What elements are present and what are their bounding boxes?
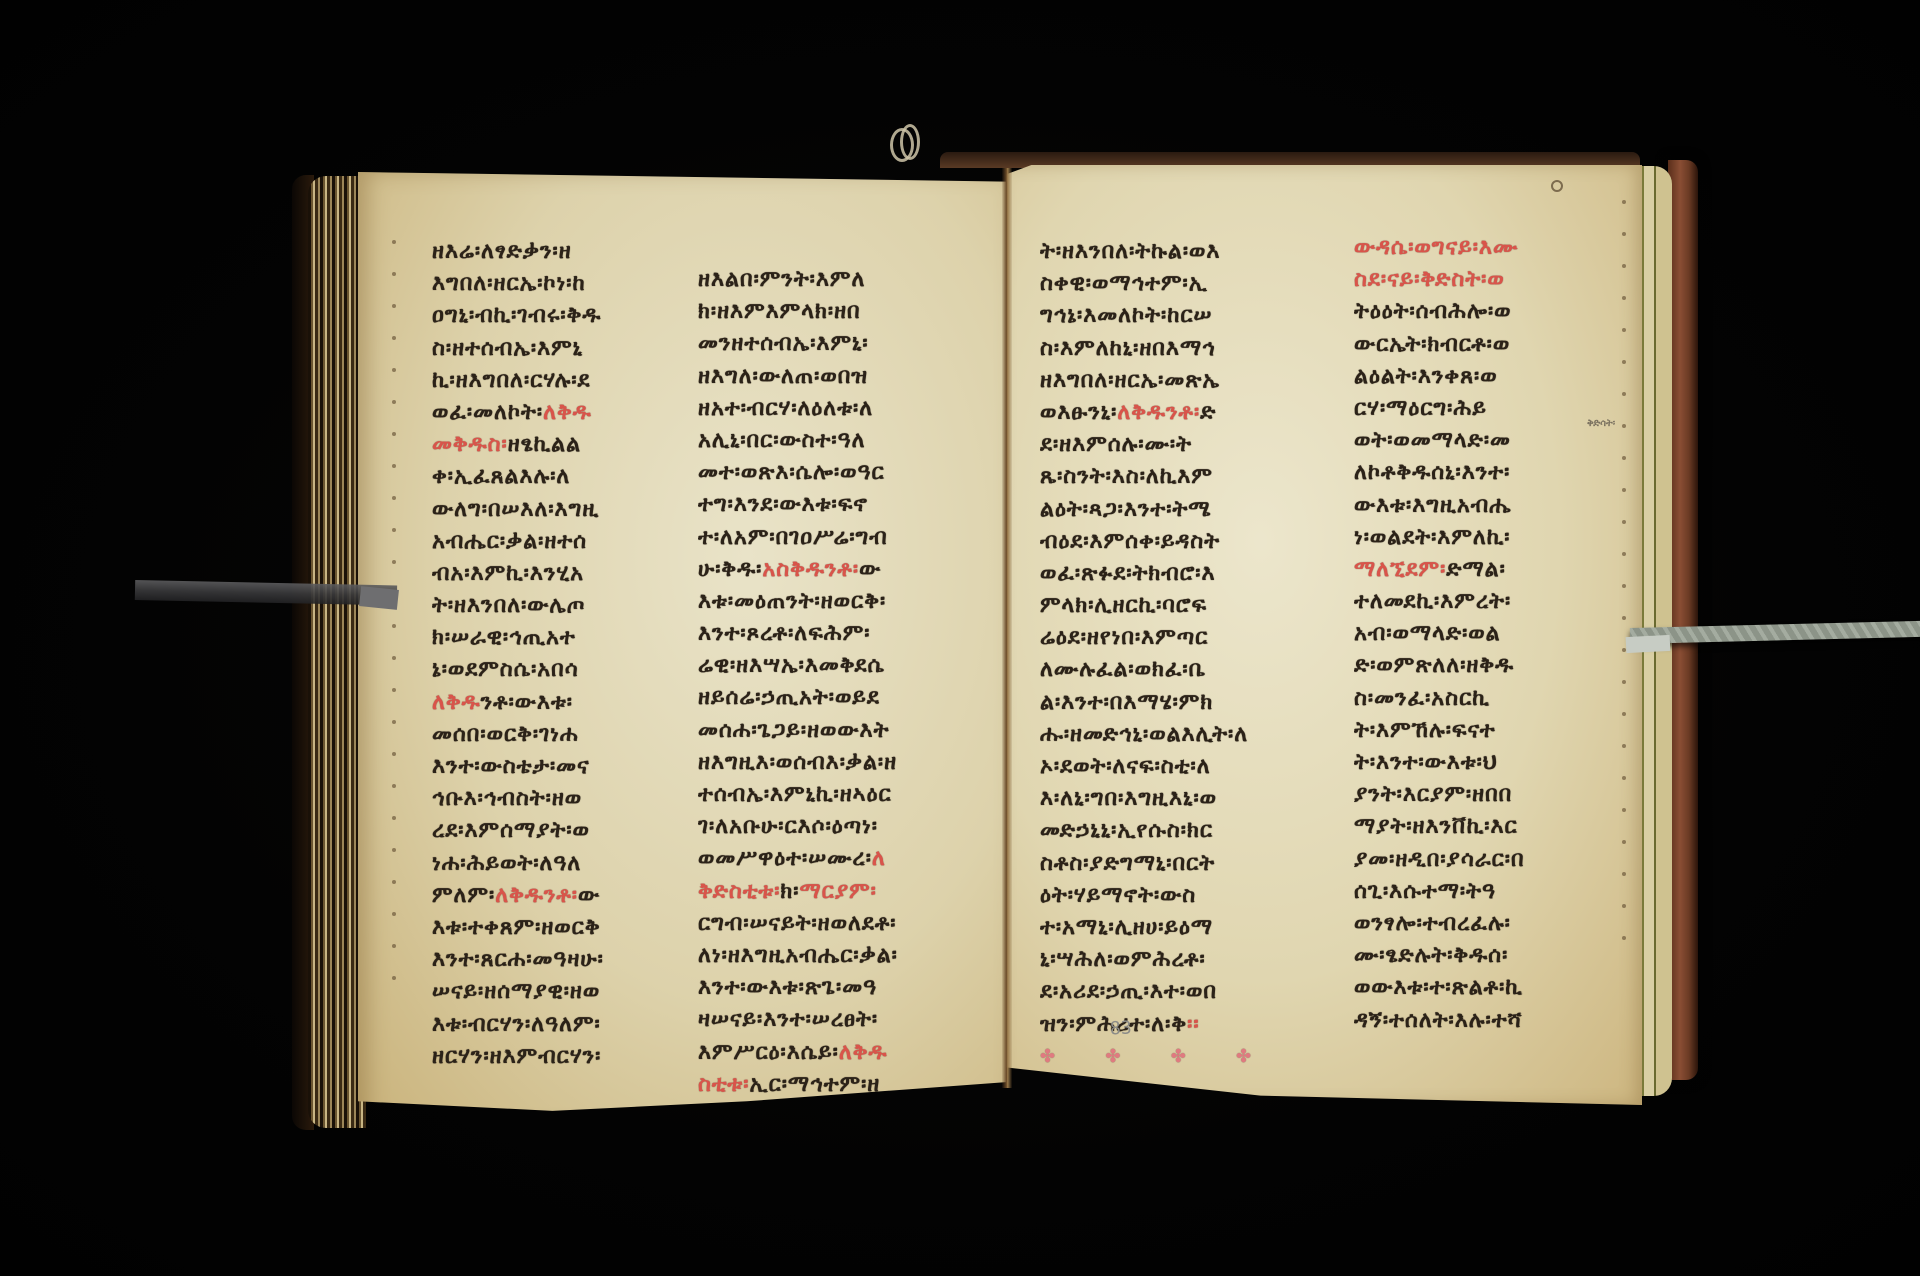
ink-text: ቀ፡ኢፈጸልእሉ፡ለ — [432, 464, 570, 489]
ink-text: ውእቱ፡እግዚአብሔ — [1354, 493, 1512, 518]
pricking-hole — [392, 848, 396, 852]
manuscript-line: ያመ፡ዘዲበ፡ያሳራር፡በ — [1354, 844, 1604, 876]
ink-text: ኅቡእ፡ኅብስት፡ዘወ — [432, 786, 582, 811]
pricking-hole — [392, 816, 396, 820]
ink-text: መሰበ፡ወርቅ፡ገነሐ — [432, 722, 579, 747]
corner-hole — [1551, 180, 1563, 192]
ink-text: ልዕት፡ጻጋ፡እንተ፡ትሜ — [1040, 497, 1212, 522]
manuscript-line: ስቀዊ፡ወማኅተም፡ኢ — [1040, 268, 1290, 300]
pricking-hole — [1622, 200, 1626, 204]
ink-text: እ፡ለኒ፡ግበ፡እግዚእኒ፡ወ — [1040, 786, 1217, 811]
manuscript-line: ተሰብኤ፡እምኒኪ፡ዘኣዕር — [698, 779, 948, 811]
rubric-text: ቅድስቲቱ፡ — [698, 879, 780, 904]
ink-text: ሁ፡ቅዱ፡ — [698, 557, 762, 582]
ink-text: መተ፡ወጽእ፡ሴሎ፡ወዓር — [698, 460, 885, 485]
rubric-text: ውዳሴ፡ወግናይ፡እሙ — [1354, 235, 1518, 260]
manuscript-line: ለቅዱንቶ፡ውእቱ፡ — [432, 687, 682, 719]
manuscript-line: ለነ፡ዘእግዚአብሔር፡ቃል፡ — [698, 940, 948, 972]
manuscript-line: ቅድስቲቱ፡ክ፡ማርያም፡ — [698, 876, 948, 908]
ink-text: ተለመደኪ፡እምረት፡ — [1354, 589, 1511, 614]
ink-text: ት፡ዘእንበለ፡ውሌጦ — [432, 593, 585, 618]
manuscript-line: አብ፡ወማላድ፡ወል — [1354, 618, 1604, 650]
manuscript-line: ስቲቱ፡ኢር፡ማኅተም፡ዘ — [698, 1069, 948, 1101]
manuscript-line: ስ፡እምለከኒ፡ዘበእማኅ — [1040, 333, 1290, 365]
pricking-hole — [392, 880, 396, 884]
ink-text: ብአ፡እምኪ፡እንሂአ — [432, 561, 584, 586]
ink-text: ተ፡ለአም፡በገዐሥሬ፡ግብ — [698, 525, 888, 550]
manuscript-line: ውዳሴ፡ወግናይ፡እሙ — [1354, 232, 1604, 264]
ink-text: ዘአተ፡ብርሃ፡ለዕለቱ፡ለ — [698, 396, 873, 421]
ink-text: ክ፡ — [780, 879, 799, 904]
manuscript-line: ሑ፡ዘመድኅኒ፡ወልእሊት፡ለ — [1040, 719, 1290, 751]
manuscript-line: እምሥርዕ፡እሴይ፡ለቅዱ — [698, 1037, 948, 1069]
ink-text: ስቶስ፡ያድግማኒ፡በርት — [1040, 851, 1215, 876]
ink-text: ሬዊ፡ዘእሣኤ፡እመቅደሴ — [698, 653, 885, 678]
manuscript-line: ወመሥዋዕተ፡ሠሙረ፡ለ — [698, 843, 948, 875]
manuscript-line: ተግ፡እንደ፡ውእቱ፡ፍኖ — [698, 489, 948, 521]
manuscript-line: ኦ፡ደወት፡ለናፍ፡ስቲ፡ለ — [1040, 751, 1290, 783]
ink-text: ክ፡ዘእምእምላክ፡ዘበ — [698, 299, 861, 324]
manuscript-line: ምላክ፡ሊዘርኪ፡ባሮፍ — [1040, 590, 1290, 622]
manuscript-line: መሰሐ፡ጌጋይ፡ዘወውእት — [698, 715, 948, 747]
manuscript-line: መሰበ፡ወርቅ፡ገነሐ — [432, 719, 682, 751]
pricking-hole — [1622, 360, 1626, 364]
pricking-hole — [1622, 904, 1626, 908]
manuscript-line: ርግብ፡ሠናይት፡ዘወለደቶ፡ — [698, 908, 948, 940]
rubric-text: ስቲቱ፡ — [698, 1072, 749, 1097]
manuscript-line: መድኃኒኒ፡ኢየሱስ፡ክር — [1040, 815, 1290, 847]
manuscript-line: መተ፡ወጽእ፡ሴሎ፡ወዓር — [698, 457, 948, 489]
pricking-hole — [392, 272, 396, 276]
pricking-hole — [1622, 392, 1626, 396]
manuscript-line: ኔ፡ወደምስሴ፡አበሳ — [432, 654, 682, 686]
pricking-hole — [1622, 488, 1626, 492]
ink-text: ሑ፡ዘመድኅኒ፡ወልእሊት፡ለ — [1040, 722, 1248, 747]
pricking-hole — [392, 560, 396, 564]
manuscript-line: ነ፡ወልደት፡እምለኪ፡ — [1354, 522, 1604, 554]
manuscript-line: ሠናይ፡ዘሰማያዊ፡ዘወ — [432, 976, 682, 1008]
ink-text: ስ፡ዘተሰብኤ፡እምኒ — [432, 336, 583, 361]
manuscript-line: ስ፡ዘተሰብኤ፡እምኒ — [432, 333, 682, 365]
ink-text: አሊኒ፡በር፡ውስተ፡ዓለ — [698, 428, 865, 453]
ink-text: እግበለ፡ዘርኤ፡ኮነ፡ከ — [432, 271, 586, 296]
pricking-hole — [392, 624, 396, 628]
manuscript-line: ያንት፡እርያም፡ዘበበ — [1354, 779, 1604, 811]
ink-text: ወመሥዋዕተ፡ሠሙረ፡ — [698, 846, 872, 871]
ink-text: ልዕልት፡እንቀጸ፡ወ — [1354, 364, 1498, 389]
ink-text: ድማል፡ — [1446, 557, 1506, 582]
manuscript-line: ት፡ዘእንበለ፡ትኩል፡ወእ — [1040, 236, 1290, 268]
manuscript-line: ት፡እንተ፡ውእቱ፡ህ — [1354, 747, 1604, 779]
manuscript-line: ነሐ፡ሕይወት፡ለዓለ — [432, 848, 682, 880]
rubric-text: ለ — [872, 846, 886, 871]
manuscript-line: ቀ፡ኢፈጸልእሉ፡ለ — [432, 461, 682, 493]
manuscript-line: ወውእቱ፡ተ፡ጽልቶ፡ኪ — [1354, 972, 1604, 1004]
ink-text: ግኅኔ፡እመለኮት፡ከርሠ — [1040, 303, 1212, 328]
manuscript-line: ዛሠናይ፡እንተ፡ሠረፀት፡ — [698, 1004, 948, 1036]
ink-text: ወእፁንኒ፡ — [1040, 400, 1117, 425]
pricking-hole — [1622, 744, 1626, 748]
ink-text: ተግ፡እንደ፡ውእቱ፡ፍኖ — [698, 492, 868, 517]
ink-text: ሬዕደ፡ዘየነበ፡እምጣር — [1040, 625, 1208, 650]
ink-text: ት፡እምኸሉ፡ፍናተ — [1354, 718, 1496, 743]
manuscript-line: ዘእግዚእ፡ወሰብእ፡ቃል፡ዘ — [698, 747, 948, 779]
manuscript-line: ዘእግበለ፡ዘርኤ፡መጽኤ — [1040, 365, 1290, 397]
manuscript-line: እቱ፡መዕጠንት፡ዘወርቅ፡ — [698, 586, 948, 618]
pricking-hole — [392, 752, 396, 756]
ink-text: ድ፡ወምጽለለ፡ዘቅዱ — [1354, 653, 1514, 678]
ink-text: ክ፡ሠራዊ፡ኅጢአተ — [432, 625, 576, 650]
ink-text: ወፈ፡ጽፉደ፡ትክብሮ፡እ — [1040, 561, 1216, 586]
manuscript-line: ኪ፡ዘእግበለ፡ርሃሉ፡ደ — [432, 365, 682, 397]
ink-text: ዘእግበለ፡ዘርኤ፡መጽኤ — [1040, 368, 1220, 393]
ink-text: ስቀዊ፡ወማኅተም፡ኢ — [1040, 271, 1208, 296]
pricking-hole — [392, 464, 396, 468]
ink-text: ዕት፡ሃይማኖት፡ውስ — [1040, 883, 1196, 908]
manuscript-line: ስ፡መንፈ፡አስርኪ — [1354, 683, 1604, 715]
acrylic-page-holder-left-tip — [359, 586, 399, 610]
ink-text: ት፡ዘእንበለ፡ትኩል፡ወእ — [1040, 239, 1220, 264]
manuscript-line: ወንፃሎ፡ተብረፈሉ፡ — [1354, 908, 1604, 940]
manuscript-line: ልዕልት፡እንቀጸ፡ወ — [1354, 361, 1604, 393]
ink-text: ወት፡ወመማላድ፡መ — [1354, 428, 1511, 453]
rubric-text: ለቅዱንቶ፡ — [495, 883, 578, 908]
text-column-2: ዘእልበ፡ምንት፡እምለክ፡ዘእምእምላክ፡ዘበመንዘተሰብኤ፡እምኒ፡ዘእግለ… — [698, 264, 948, 1101]
ink-text: መድኃኒኒ፡ኢየሱስ፡ክር — [1040, 818, 1213, 843]
margin-note: ቅድሳት፡ — [1587, 418, 1615, 429]
manuscript-line: ውርኤት፡ክብርቶ፡ወ — [1354, 329, 1604, 361]
manuscript-line: ዘእልበ፡ምንት፡እምለ — [698, 264, 948, 296]
ink-text: ዘእሬ፡ለፃድቃን፡ዘ — [432, 239, 572, 264]
ink-text: ተ፡አማኒ፡ሊዘሀ፡ይዕማ — [1040, 915, 1213, 940]
ink-text: ዛሠናይ፡እንተ፡ሠረፀት፡ — [698, 1007, 878, 1032]
manuscript-line: ዘእሬ፡ለፃድቃን፡ዘ — [432, 236, 682, 268]
pricking-hole — [392, 496, 396, 500]
ink-text: ውለግ፡በሠእለ፡እግዚ — [432, 497, 599, 522]
pricking-hole — [1622, 424, 1626, 428]
manuscript-line: ዘአተ፡ብርሃ፡ለዕለቱ፡ለ — [698, 393, 948, 425]
manuscript-line: ዕት፡ሃይማኖት፡ውስ — [1040, 880, 1290, 912]
pricking-hole — [392, 720, 396, 724]
ink-text: ጼ፡ስንት፡እስ፡ለኪእም — [1040, 464, 1213, 489]
ink-text: ምላክ፡ሊዘርኪ፡ባሮፍ — [1040, 593, 1207, 618]
ink-text: ተሰብኤ፡እምኒኪ፡ዘኣዕር — [698, 782, 892, 807]
pricking-hole — [392, 528, 396, 532]
manuscript-line: ለኮቶቅዱሰኒ፡እንተ፡ — [1354, 457, 1604, 489]
manuscript-line: ዐግኒ፡ብኪ፡ገብሩ፡ቅዱ — [432, 300, 682, 332]
rubric-text: ለቅዱ — [839, 1040, 888, 1065]
manuscript-line: እንተ፡ጾረቶ፡ለፍሕም፡ — [698, 618, 948, 650]
ink-text: ዘእልበ፡ምንት፡እምለ — [698, 267, 865, 292]
ink-text: ምለም፡ — [432, 883, 495, 908]
manuscript-line: ማለኚደም፡ድማል፡ — [1354, 554, 1604, 586]
text-column-1: ዘእሬ፡ለፃድቃን፡ዘእግበለ፡ዘርኤ፡ኮነ፡ከዐግኒ፡ብኪ፡ገብሩ፡ቅዱስ፡ዘ… — [432, 236, 682, 1073]
manuscript-line: ድ፡ወምጽለለ፡ዘቅዱ — [1354, 650, 1604, 682]
ink-text: እቱ፡ተቀጸም፡ዘወርቅ — [432, 915, 601, 940]
ink-text: አብሔር፡ቃል፡ዘተሰ — [432, 529, 587, 554]
manuscript-line: እንተ፡ጸርሐ፡መዓዛሁ፡ — [432, 944, 682, 976]
ink-text: አብ፡ወማላድ፡ወል — [1354, 621, 1501, 646]
ink-text: ርሃ፡ማዕርግ፡ሕይ — [1354, 396, 1487, 421]
manuscript-line: ስደ፡ናይ፡ቅድስት፡ወ — [1354, 264, 1604, 296]
ink-text: ማያት፡ዘእንቨኪ፡እር — [1354, 814, 1518, 839]
manuscript-line: ት፡ዘእንበለ፡ውሌጦ — [432, 590, 682, 622]
ink-text: ለሙሉፈል፡ወክፈ፡ቤ — [1040, 657, 1206, 682]
folio-number: 83 — [1109, 1017, 1132, 1039]
pricking-hole — [1622, 808, 1626, 812]
ink-text: ኪ፡ዘእግበለ፡ርሃሉ፡ደ — [432, 368, 591, 393]
ink-text: ገ፡ለአቡሁ፡ርእሶ፡ዕጣነ፡ — [698, 814, 878, 839]
rubric-text: ፡፡ — [1187, 1012, 1199, 1037]
manuscript-line: ክ፡ዘእምእምላክ፡ዘበ — [698, 296, 948, 328]
ink-text: ወውእቱ፡ተ፡ጽልቶ፡ኪ — [1354, 975, 1523, 1000]
ink-text: ድ — [1200, 400, 1216, 425]
pricking-hole — [392, 304, 396, 308]
manuscript-line: ዘይሰሬ፡ኃጢአት፡ወይደ — [698, 682, 948, 714]
manuscript-line: ኅቡእ፡ኅብስት፡ዘወ — [432, 783, 682, 815]
manuscript-line: ብአ፡እምኪ፡እንሂአ — [432, 558, 682, 590]
manuscript-line: እቱ፡ብርሃን፡ለዓለም፡ — [432, 1009, 682, 1041]
manuscript-line: ረደ፡እምሰማያት፡ወ — [432, 815, 682, 847]
ink-text: ው — [859, 557, 881, 582]
manuscript-line: ገ፡ለአቡሁ፡ርእሶ፡ዕጣነ፡ — [698, 811, 948, 843]
ink-text: ንቶ፡ውእቱ፡ — [481, 690, 573, 715]
manuscript-line: ወት፡ወመማላድ፡መ — [1354, 425, 1604, 457]
ink-text: ነ፡ወልደት፡እምለኪ፡ — [1354, 525, 1510, 550]
pricking-hole — [392, 912, 396, 916]
ink-text: ት፡እንተ፡ውእቱ፡ህ — [1354, 750, 1498, 775]
manuscript-line: ዘርሃን፡ዘእምብርሃን፡ — [432, 1041, 682, 1073]
manuscript-line: ሁ፡ቅዱ፡አስቅዱንቶ፡ው — [698, 554, 948, 586]
ink-text: ሰጊ፡እሱተማ፡ትዓ — [1354, 879, 1496, 904]
manuscript-line: ውለግ፡በሠእለ፡እግዚ — [432, 494, 682, 526]
ink-text: ስ፡እምለከኒ፡ዘበእማኅ — [1040, 336, 1216, 361]
ink-text: ዘርሃን፡ዘእምብርሃን፡ — [432, 1044, 601, 1069]
pricking-hole — [392, 784, 396, 788]
ink-text: ለነ፡ዘእግዚአብሔር፡ቃል፡ — [698, 943, 898, 968]
ink-text: ያመ፡ዘዲበ፡ያሳራር፡በ — [1354, 847, 1525, 872]
ink-text: ዘእግዚእ፡ወሰብእ፡ቃል፡ዘ — [698, 750, 897, 775]
pricking-hole — [1622, 680, 1626, 684]
pricking-hole — [1622, 872, 1626, 876]
gutter — [1002, 168, 1012, 1088]
ink-text: ኦ፡ደወት፡ለናፍ፡ስቲ፡ለ — [1040, 754, 1211, 779]
manuscript-line: ✤ ✤ ✤ ✤ ✤ ✤ — [1040, 1041, 1290, 1073]
ink-text: እምሥርዕ፡እሴይ፡ — [698, 1040, 839, 1065]
manuscript-line: ዘእግለ፡ውለጠ፡ወበዝ — [698, 361, 948, 393]
leather-cover-right — [1668, 160, 1698, 1080]
ink-text: ያንት፡እርያም፡ዘበበ — [1354, 782, 1512, 807]
manuscript-line: ሬዊ፡ዘእሣኤ፡እመቅደሴ — [698, 650, 948, 682]
rubric-text: አስቅዱንቶ፡ — [762, 557, 859, 582]
ink-text: ነሐ፡ሕይወት፡ለዓለ — [432, 851, 581, 876]
manuscript-line: ተ፡ለአም፡በገዐሥሬ፡ግብ — [698, 522, 948, 554]
manuscript-line: ብዕደ፡እምሰቀ፡ይዳስት — [1040, 526, 1290, 558]
manuscript-line: ሰጊ፡እሱተማ፡ትዓ — [1354, 876, 1604, 908]
ink-text: መሰሐ፡ጌጋይ፡ዘወውእት — [698, 718, 889, 743]
ink-text: ዘፄኪልል — [508, 432, 581, 457]
manuscript-line: ወእፁንኒ፡ለቅዱንቶ፡ድ — [1040, 397, 1290, 429]
ink-text: ወፈ፡መለኮት፡ — [432, 400, 543, 425]
manuscript-line: ምለም፡ለቅዱንቶ፡ው — [432, 880, 682, 912]
manuscript-line: ሙ፡ፄድሉት፡ቅዱሰ፡ — [1354, 940, 1604, 972]
pricking-hole — [1622, 456, 1626, 460]
manuscript-line: አብሔር፡ቃል፡ዘተሰ — [432, 526, 682, 558]
manuscript-line: እግበለ፡ዘርኤ፡ኮነ፡ከ — [432, 268, 682, 300]
ink-text: ለኮቶቅዱሰኒ፡እንተ፡ — [1354, 460, 1510, 485]
ink-text: ሙ፡ፄድሉት፡ቅዱሰ፡ — [1354, 943, 1508, 968]
manuscript-line: ተለመደኪ፡እምረት፡ — [1354, 586, 1604, 618]
manuscript-line: ስቶስ፡ያድግማኒ፡በርት — [1040, 848, 1290, 880]
pricking-hole — [1622, 520, 1626, 524]
manuscript-line: ግኅኔ፡እመለኮት፡ከርሠ — [1040, 300, 1290, 332]
ink-text: እንተ፡ውእቱ፡ጽጌ፡መዓ — [698, 975, 877, 1000]
ink-text: ረደ፡እምሰማያት፡ወ — [432, 818, 590, 843]
ink-text: ው — [578, 883, 600, 908]
ink-text: ዘይሰሬ፡ኃጢአት፡ወይደ — [698, 685, 880, 710]
ink-text: እንተ፡ጾረቶ፡ለፍሕም፡ — [698, 621, 870, 646]
pricking-hole — [1622, 296, 1626, 300]
rubric-text: ለቅዱንቶ፡ — [1117, 400, 1200, 425]
ink-text: እንተ፡ጸርሐ፡መዓዛሁ፡ — [432, 947, 604, 972]
manuscript-line: ለሙሉፈል፡ወክፈ፡ቤ — [1040, 654, 1290, 686]
manuscript-line: እቱ፡ተቀጸም፡ዘወርቅ — [432, 912, 682, 944]
ink-text: ስ፡መንፈ፡አስርኪ — [1354, 686, 1490, 711]
rubric-text: ለቅዱ — [432, 690, 481, 715]
manuscript-line: ክ፡ሠራዊ፡ኅጢአተ — [432, 622, 682, 654]
manuscript-line: አሊኒ፡በር፡ውስተ፡ዓለ — [698, 425, 948, 457]
rubric-text: ስደ፡ናይ፡ቅድስት፡ወ — [1354, 267, 1505, 292]
ink-text: ኢር፡ማኅተም፡ዘ — [749, 1072, 880, 1097]
rubric-text: ማርያም፡ — [799, 879, 876, 904]
pricking-hole — [1622, 936, 1626, 940]
pricking-hole — [392, 656, 396, 660]
pricking-hole — [392, 240, 396, 244]
ink-text: ኒ፡ሣሕለ፡ወምሕረቶ፡ — [1040, 947, 1206, 972]
ink-text: ወንፃሎ፡ተብረፈሉ፡ — [1354, 911, 1511, 936]
pricking-hole — [1622, 232, 1626, 236]
pricking-hole — [1622, 712, 1626, 716]
pricking-hole — [392, 944, 396, 948]
acrylic-page-holder-right-tip — [1626, 635, 1671, 653]
rubric-text: መቅዱስ፡ — [432, 432, 508, 457]
manuscript-line: ውእቱ፡እግዚአብሔ — [1354, 490, 1604, 522]
manuscript-line: እ፡ለኒ፡ግበ፡እግዚእኒ፡ወ — [1040, 783, 1290, 815]
binding-thread — [888, 122, 922, 162]
pricking-hole — [392, 336, 396, 340]
manuscript-line: ደ፡አሪደ፡ኃጢ፡እተ፡ወበ — [1040, 976, 1290, 1008]
manuscript-line: ወፈ፡ጽፉደ፡ትክብሮ፡እ — [1040, 558, 1290, 590]
ink-text: ዐግኒ፡ብኪ፡ገብሩ፡ቅዱ — [432, 303, 601, 328]
pricking-hole — [1622, 616, 1626, 620]
manuscript-line: መቅዱስ፡ዘፄኪልል — [432, 429, 682, 461]
ink-text: ዳኝ፡ተሰለት፡እሉ፡ተሻ — [1354, 1008, 1522, 1033]
page-block-left-edge — [308, 176, 366, 1128]
ink-text: ል፡እንተ፡በእማሄ፡ምክ — [1040, 690, 1213, 715]
pricking-hole — [1622, 264, 1626, 268]
pricking-hole — [392, 976, 396, 980]
manuscript-line: ት፡እምኸሉ፡ፍናተ — [1354, 715, 1604, 747]
ink-text: ደ፡አሪደ፡ኃጢ፡እተ፡ወበ — [1040, 979, 1217, 1004]
manuscript-line: እንተ፡ውስቴታ፡መና — [432, 751, 682, 783]
manuscript-line: ሬዕደ፡ዘየነበ፡እምጣር — [1040, 622, 1290, 654]
manuscript-line: ዝን፡ምሕሪተ፡ለ፡ቅ፡፡ — [1040, 1009, 1290, 1041]
manuscript-line: ጼ፡ስንት፡እስ፡ለኪእም — [1040, 461, 1290, 493]
manuscript-line: ልዕት፡ጻጋ፡እንተ፡ትሜ — [1040, 494, 1290, 526]
pricking-hole — [1622, 552, 1626, 556]
manuscript-line: ል፡እንተ፡በእማሄ፡ምክ — [1040, 687, 1290, 719]
text-column-4: ውዳሴ፡ወግናይ፡እሙስደ፡ናይ፡ቅድስት፡ወትዕዕት፡ሰብሕሎ፡ወውርኤት፡ክ… — [1354, 232, 1604, 1037]
manuscript-line: መንዘተሰብኤ፡እምኒ፡ — [698, 328, 948, 360]
manuscript-line: ኒ፡ሣሕለ፡ወምሕረቶ፡ — [1040, 944, 1290, 976]
ink-text: ብዕደ፡እምሰቀ፡ይዳስት — [1040, 529, 1220, 554]
pricking-hole — [1622, 584, 1626, 588]
ink-text: ኔ፡ወደምስሴ፡አበሳ — [432, 657, 579, 682]
ink-text: ርግብ፡ሠናይት፡ዘወለደቶ፡ — [698, 911, 897, 936]
ink-text: ደ፡ዘእምሰሉ፡ሙ፡ት — [1040, 432, 1192, 457]
ink-text: ሠናይ፡ዘሰማያዊ፡ዘወ — [432, 979, 600, 1004]
manuscript-line: ደ፡ዘእምሰሉ፡ሙ፡ት — [1040, 429, 1290, 461]
ink-text: እንተ፡ውስቴታ፡መና — [432, 754, 590, 779]
text-column-3: ት፡ዘእንበለ፡ትኩል፡ወእስቀዊ፡ወማኅተም፡ኢግኅኔ፡እመለኮት፡ከርሠስ፡… — [1040, 236, 1290, 1073]
ink-text: እቱ፡ብርሃን፡ለዓለም፡ — [432, 1012, 601, 1037]
manuscript-line: ትዕዕት፡ሰብሕሎ፡ወ — [1354, 296, 1604, 328]
manuscript-line: ተ፡አማኒ፡ሊዘሀ፡ይዕማ — [1040, 912, 1290, 944]
pricking-hole — [1622, 328, 1626, 332]
pricking-hole — [392, 688, 396, 692]
pricking-hole — [1622, 840, 1626, 844]
ink-text: ዘእግለ፡ውለጠ፡ወበዝ — [698, 364, 868, 389]
pricking-hole — [392, 368, 396, 372]
pricking-hole — [1622, 776, 1626, 780]
manuscript-line: ዳኝ፡ተሰለት፡እሉ፡ተሻ — [1354, 1005, 1604, 1037]
ink-text: ትዕዕት፡ሰብሕሎ፡ወ — [1354, 299, 1512, 324]
ink-text: እቱ፡መዕጠንት፡ዘወርቅ፡ — [698, 589, 886, 614]
ink-text: ውርኤት፡ክብርቶ፡ወ — [1354, 332, 1510, 357]
rubric-text: ለቅዱ — [543, 400, 592, 425]
manuscript-line: እንተ፡ውእቱ፡ጽጌ፡መዓ — [698, 972, 948, 1004]
manuscript-line: ማያት፡ዘእንቨኪ፡እር — [1354, 811, 1604, 843]
pricking-hole — [392, 400, 396, 404]
rubric-text: ማለኚደም፡ — [1354, 557, 1446, 582]
ink-text: መንዘተሰብኤ፡እምኒ፡ — [698, 331, 869, 356]
pricking-hole — [392, 432, 396, 436]
manuscript-line: ወፈ፡መለኮት፡ለቅዱ — [432, 397, 682, 429]
manuscript-line: ርሃ፡ማዕርግ፡ሕይ — [1354, 393, 1604, 425]
